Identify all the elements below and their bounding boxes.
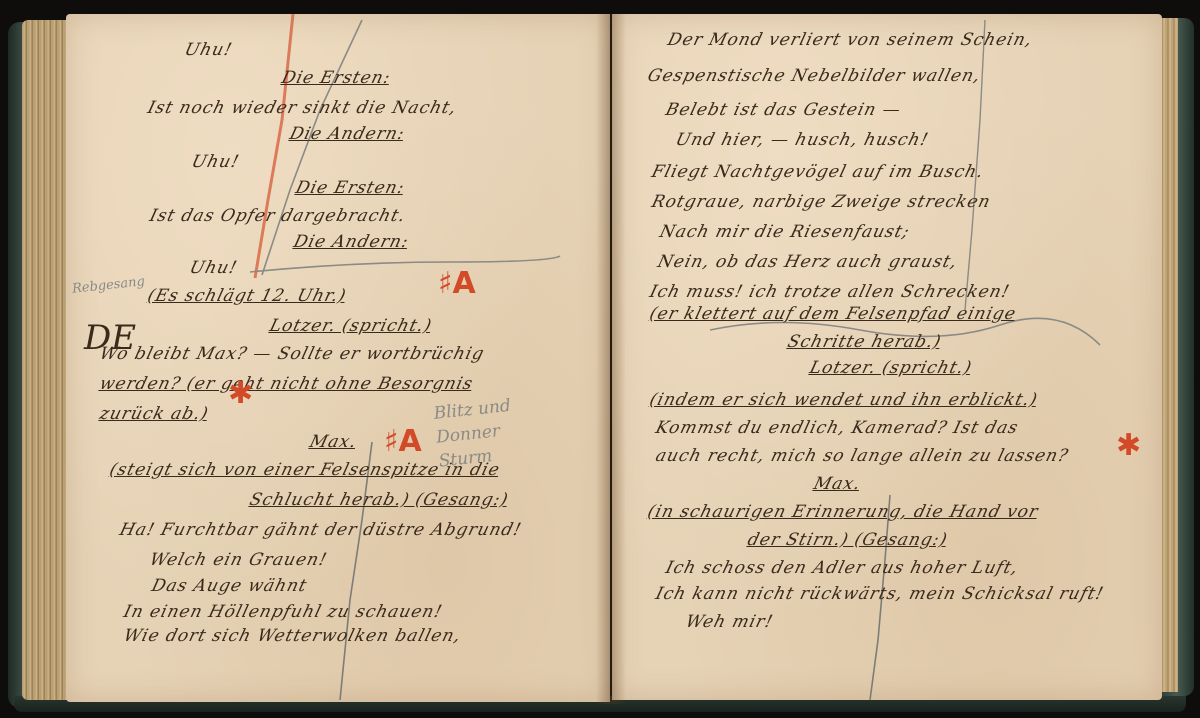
speaker-name: Lotzer. (spricht.) bbox=[268, 316, 435, 336]
red-asterisk-mark: ✱ bbox=[1116, 428, 1141, 463]
manuscript-line: Kommst du endlich, Kamerad? Ist das bbox=[654, 418, 1021, 438]
open-manuscript-book: Uhu! Die Ersten: Ist noch wieder sinkt d… bbox=[0, 0, 1200, 718]
manuscript-line: Uhu! bbox=[190, 152, 242, 172]
stage-direction: (indem er sich wendet und ihn erblickt.) bbox=[648, 390, 1040, 410]
red-pencil-mark: ♯A bbox=[438, 266, 476, 301]
manuscript-line: auch recht, mich so lange allein zu lass… bbox=[654, 446, 1071, 466]
red-asterisk-mark: ✱ bbox=[228, 376, 253, 411]
manuscript-line: Die Andern: bbox=[292, 232, 412, 252]
manuscript-line: Gespenstische Nebelbilder wallen, bbox=[646, 66, 983, 86]
stage-direction: Schritte herab.) bbox=[786, 332, 944, 352]
manuscript-line: Wo bleibt Max? — Sollte er wortbrüchig bbox=[98, 344, 487, 364]
speaker-name: Lotzer. (spricht.) bbox=[808, 358, 975, 378]
stage-direction: der Stirn.) (Gesang:) bbox=[746, 530, 950, 550]
manuscript-line: Das Auge wähnt bbox=[150, 576, 310, 596]
manuscript-line: In einen Höllenpfuhl zu schauen! bbox=[122, 602, 445, 622]
manuscript-line: Ist noch wieder sinkt die Nacht, bbox=[146, 98, 459, 118]
manuscript-line: Und hier, — husch, husch! bbox=[674, 130, 931, 150]
stage-direction: (in schaurigen Erinnerung, die Hand vor bbox=[646, 502, 1041, 522]
stage-direction: Schlucht herab.) (Gesang:) bbox=[248, 490, 511, 510]
speaker-name: Max. bbox=[812, 474, 864, 494]
stage-direction: zurück ab.) bbox=[98, 404, 211, 424]
manuscript-line: Welch ein Grauen! bbox=[148, 550, 330, 570]
manuscript-line: Die Ersten: bbox=[280, 68, 393, 88]
manuscript-line: Ich muss! ich trotze allen Schrecken! bbox=[648, 282, 1012, 302]
pencil-note: Blitz und Donner Sturm bbox=[433, 390, 550, 473]
manuscript-line: Uhu! bbox=[188, 258, 240, 278]
manuscript-line: Die Ersten: bbox=[294, 178, 407, 198]
manuscript-line: Belebt ist das Gestein — bbox=[664, 100, 904, 120]
manuscript-line: Ist das Opfer dargebracht. bbox=[148, 206, 408, 226]
manuscript-line: Der Mond verliert von seinem Schein, bbox=[666, 30, 1035, 50]
manuscript-line: werden? (er geht nicht ohne Besorgnis bbox=[98, 374, 476, 394]
manuscript-line: Rotgraue, narbige Zweige strecken bbox=[650, 192, 993, 212]
manuscript-line: Wie dort sich Wetterwolken ballen, bbox=[122, 626, 464, 646]
manuscript-line: Weh mir! bbox=[684, 612, 776, 632]
speaker-name: Max. bbox=[308, 432, 360, 452]
manuscript-line: Nach mir die Riesenfaust; bbox=[658, 222, 912, 242]
manuscript-line: Nein, ob das Herz auch graust, bbox=[656, 252, 960, 272]
stage-direction: (Es schlägt 12. Uhr.) bbox=[146, 286, 349, 306]
manuscript-line: Ich schoss den Adler aus hoher Luft, bbox=[664, 558, 1021, 578]
page-edges-left bbox=[22, 20, 68, 700]
margin-initials: DE bbox=[84, 318, 136, 358]
manuscript-line: Ha! Furchtbar gähnt der düstre Abgrund! bbox=[118, 520, 524, 540]
manuscript-line: Fliegt Nachtgevögel auf im Busch. bbox=[650, 162, 987, 182]
red-pencil-mark: ♯A bbox=[384, 424, 422, 459]
stage-direction: (er klettert auf dem Felsenpfad einige bbox=[648, 304, 1019, 324]
manuscript-line: Ich kann nicht rückwärts, mein Schicksal… bbox=[654, 584, 1107, 604]
manuscript-line: Uhu! bbox=[183, 40, 235, 60]
manuscript-line: Die Andern: bbox=[288, 124, 408, 144]
